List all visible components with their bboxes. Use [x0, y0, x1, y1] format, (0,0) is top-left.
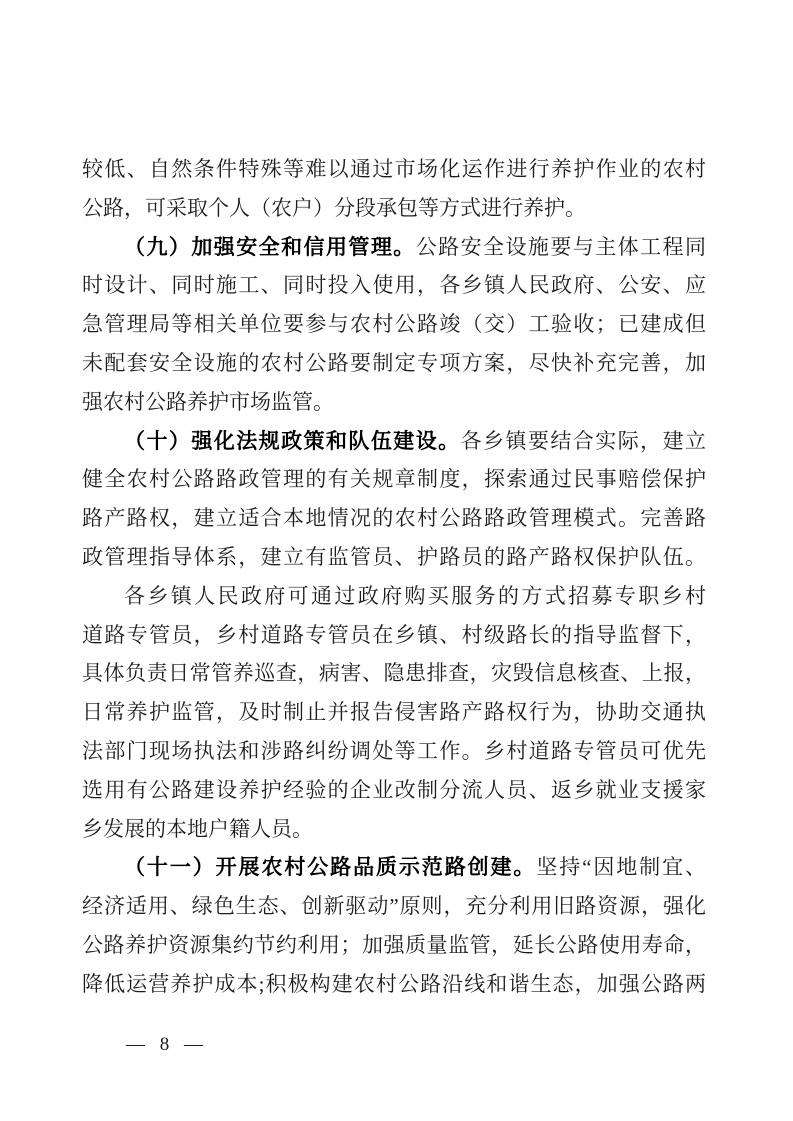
- text-line: 具体负责日常管养巡查，病害、隐患排查，灾毁信息核查、上报，: [82, 654, 706, 693]
- body-text: 具体负责日常管养巡查，病害、隐患排查，灾毁信息核查、上报，: [82, 661, 706, 685]
- page-number: — 8 —: [126, 1034, 206, 1056]
- text-line: 路产路权，建立适合本地情况的农村公路路政管理模式。完善路: [82, 499, 706, 538]
- text-line: 急管理局等相关单位要参与农村公路竣（交）工验收；已建成但: [82, 305, 706, 344]
- body-text: 政管理指导体系，建立有监管员、护路员的路产路权保护队伍。: [82, 545, 706, 569]
- text-line: 公路养护资源集约节约利用；加强质量监管，延长公路使用寿命，: [82, 926, 706, 965]
- body-text: 公路养护资源集约节约利用；加强质量监管，延长公路使用寿命，: [82, 933, 706, 957]
- body-text: 法部门现场执法和涉路纠纷调处等工作。乡村道路专管员可优先: [82, 739, 706, 763]
- body-text: 坚持“因地制宜、: [536, 855, 706, 879]
- text-line: 健全农村公路路政管理的有关规章制度，探索通过民事赔偿保护: [82, 460, 706, 499]
- body-text: 公路安全设施要与主体工程同: [416, 235, 706, 259]
- document-page: 较低、自然条件特殊等难以通过市场化运作进行养护作业的农村公路，可采取个人（农户）…: [0, 0, 793, 1121]
- text-line: 未配套安全设施的农村公路要制定专项方案，尽快补充完善，加: [82, 344, 706, 383]
- paragraph: （九）加强安全和信用管理。公路安全设施要与主体工程同时设计、同时施工、同时投入使…: [82, 228, 706, 422]
- body-text: 路产路权，建立适合本地情况的农村公路路政管理模式。完善路: [82, 506, 706, 530]
- body-text: 各乡镇要结合实际，建立: [461, 429, 706, 453]
- text-line: 经济适用、绿色生态、创新驱动”原则，充分利用旧路资源，强化: [82, 887, 706, 926]
- heading-text: （九）加强安全和信用管理。: [124, 235, 416, 259]
- text-line: 政管理指导体系，建立有监管员、护路员的路产路权保护队伍。: [82, 538, 706, 577]
- body-text: 选用有公路建设养护经验的企业改制分流人员、返乡就业支援家: [82, 778, 706, 802]
- text-line: 道路专管员，乡村道路专管员在乡镇、村级路长的指导监督下，: [82, 616, 706, 655]
- heading-text: （十一）开展农村公路品质示范路创建。: [124, 855, 536, 879]
- body-text: 经济适用、绿色生态、创新驱动”原则，充分利用旧路资源，强化: [82, 894, 706, 918]
- body-text: 降低运营养护成本;积极构建农村公路沿线和谐生态，加强公路两: [82, 972, 706, 996]
- text-line: 时设计、同时施工、同时投入使用，各乡镇人民政府、公安、应: [82, 266, 706, 305]
- text-line: （九）加强安全和信用管理。公路安全设施要与主体工程同: [82, 228, 706, 267]
- body-text: 时设计、同时施工、同时投入使用，各乡镇人民政府、公安、应: [82, 273, 706, 297]
- paragraph: 较低、自然条件特殊等难以通过市场化运作进行养护作业的农村公路，可采取个人（农户）…: [82, 150, 706, 228]
- text-line: 降低运营养护成本;积极构建农村公路沿线和谐生态，加强公路两: [82, 965, 706, 1004]
- body-text: 各乡镇人民政府可通过政府购买服务的方式招募专职乡村: [124, 584, 706, 608]
- text-line: 法部门现场执法和涉路纠纷调处等工作。乡村道路专管员可优先: [82, 732, 706, 771]
- text-line: 日常养护监管，及时制止并报告侵害路产路权行为，协助交通执: [82, 693, 706, 732]
- paragraph: （十）强化法规政策和队伍建设。各乡镇要结合实际，建立健全农村公路路政管理的有关规…: [82, 422, 706, 577]
- text-line: 公路，可采取个人（农户）分段承包等方式进行养护。: [82, 189, 706, 228]
- text-line: 乡发展的本地户籍人员。: [82, 810, 706, 849]
- text-line: （十一）开展农村公路品质示范路创建。坚持“因地制宜、: [82, 848, 706, 887]
- text-line: 强农村公路养护市场监管。: [82, 383, 706, 422]
- text-line: 较低、自然条件特殊等难以通过市场化运作进行养护作业的农村: [82, 150, 706, 189]
- body-text: 急管理局等相关单位要参与农村公路竣（交）工验收；已建成但: [82, 312, 706, 336]
- paragraph: （十一）开展农村公路品质示范路创建。坚持“因地制宜、经济适用、绿色生态、创新驱动…: [82, 848, 706, 1003]
- body-text: 较低、自然条件特殊等难以通过市场化运作进行养护作业的农村: [82, 157, 706, 181]
- text-line: （十）强化法规政策和队伍建设。各乡镇要结合实际，建立: [82, 422, 706, 461]
- body-text: 公路，可采取个人（农户）分段承包等方式进行养护。: [82, 196, 586, 220]
- body-text: 健全农村公路路政管理的有关规章制度，探索通过民事赔偿保护: [82, 467, 706, 491]
- text-line: 各乡镇人民政府可通过政府购买服务的方式招募专职乡村: [82, 577, 706, 616]
- document-body: 较低、自然条件特殊等难以通过市场化运作进行养护作业的农村公路，可采取个人（农户）…: [82, 150, 706, 1004]
- heading-text: （十）强化法规政策和队伍建设。: [124, 429, 461, 453]
- paragraph: 各乡镇人民政府可通过政府购买服务的方式招募专职乡村道路专管员，乡村道路专管员在乡…: [82, 577, 706, 849]
- body-text: 道路专管员，乡村道路专管员在乡镇、村级路长的指导监督下，: [82, 623, 706, 647]
- text-line: 选用有公路建设养护经验的企业改制分流人员、返乡就业支援家: [82, 771, 706, 810]
- body-text: 未配套安全设施的农村公路要制定专项方案，尽快补充完善，加: [82, 351, 706, 375]
- body-text: 乡发展的本地户籍人员。: [82, 817, 313, 841]
- body-text: 强农村公路养护市场监管。: [82, 390, 334, 414]
- body-text: 日常养护监管，及时制止并报告侵害路产路权行为，协助交通执: [82, 700, 706, 724]
